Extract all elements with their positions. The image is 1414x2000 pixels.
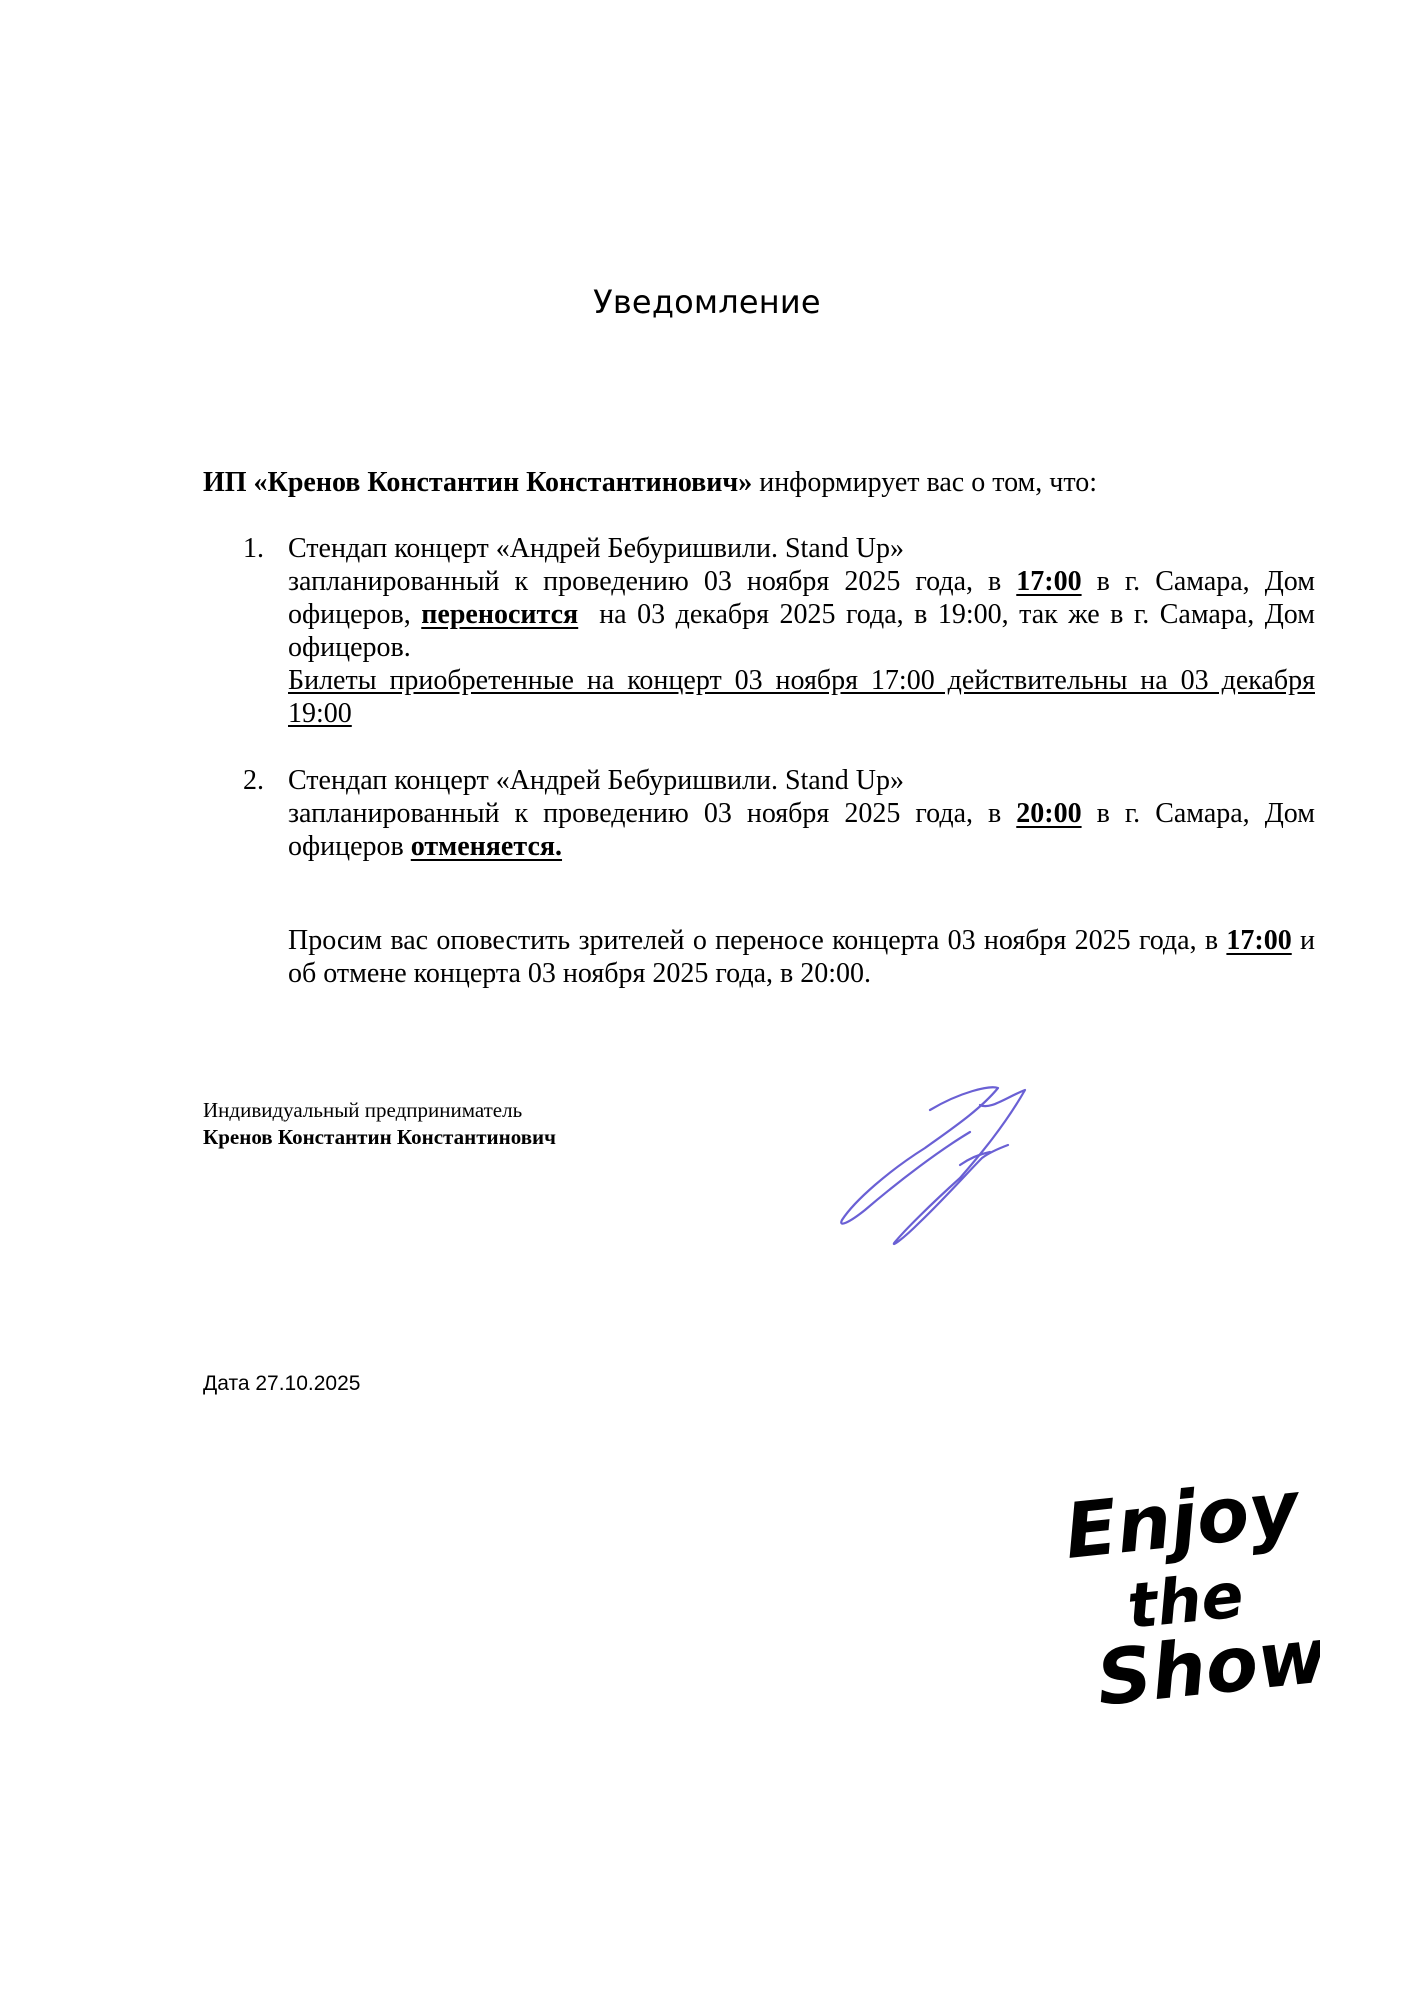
status-cancelled: отменяется. xyxy=(411,831,562,862)
document-title: Уведомление xyxy=(0,282,1414,322)
list-number: 1. xyxy=(243,532,264,565)
enjoy-the-show-logo-icon: Enjoy the Show xyxy=(1060,1480,1320,1720)
item-body: запланированный к проведению 03 ноября 2… xyxy=(288,797,1315,863)
signatory-role: Индивидуальный предприниматель xyxy=(203,1097,556,1124)
item-heading: Стендап концерт «Андрей Бебуришвили. Sta… xyxy=(288,532,1315,565)
item-heading: Стендап концерт «Андрей Бебуришвили. Sta… xyxy=(288,764,1315,797)
logo-line-3: Show xyxy=(1093,1610,1320,1720)
status-postponed: переносится xyxy=(421,599,578,630)
list-number: 2. xyxy=(243,764,264,797)
intro-text: информирует вас о том, что: xyxy=(752,467,1097,498)
tickets-note: Билеты приобретенные на концерт 03 ноябр… xyxy=(288,664,1315,730)
event-time: 17:00 xyxy=(1016,566,1081,597)
notice-list: 1. Стендап концерт «Андрей Бебуришвили. … xyxy=(243,532,1315,863)
signatory-block: Индивидуальный предприниматель Кренов Ко… xyxy=(203,1097,556,1151)
signatory-name: Кренов Константин Константинович xyxy=(203,1124,556,1151)
handwritten-signature-icon xyxy=(830,1070,1050,1250)
list-item-postponed: 1. Стендап концерт «Андрей Бебуришвили. … xyxy=(243,532,1315,730)
item-body: запланированный к проведению 03 ноября 2… xyxy=(288,565,1315,664)
document-page: Уведомление ИП «Кренов Константин Конста… xyxy=(0,0,1414,2000)
closing-paragraph: Просим вас оповестить зрителей о перенос… xyxy=(288,924,1315,990)
document-date: Дата 27.10.2025 xyxy=(203,1370,360,1398)
company-name: ИП «Кренов Константин Константинович» xyxy=(203,467,752,498)
closing-time: 17:00 xyxy=(1226,925,1291,956)
list-item-cancelled: 2. Стендап концерт «Андрей Бебуришвили. … xyxy=(243,764,1315,863)
event-time: 20:00 xyxy=(1016,798,1081,829)
logo-line-1: Enjoy xyxy=(1061,1480,1306,1576)
intro-paragraph: ИП «Кренов Константин Константинович» ин… xyxy=(203,466,1323,499)
